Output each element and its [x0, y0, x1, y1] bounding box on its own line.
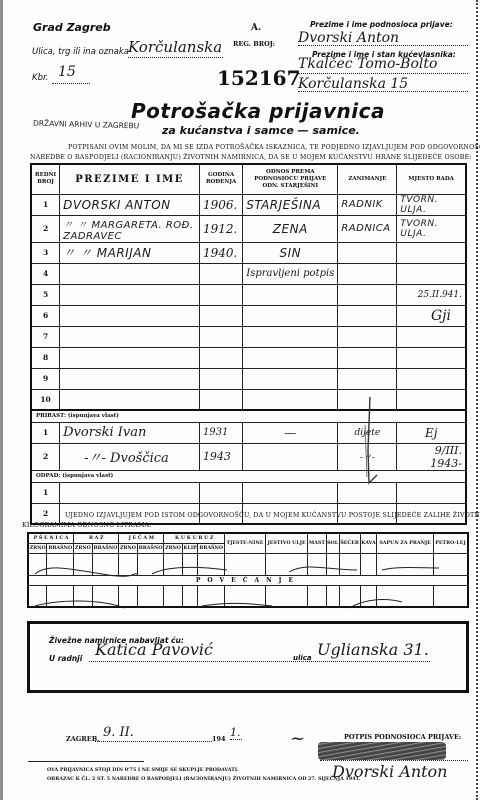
- city-label: Grad Zagreb: [33, 21, 111, 34]
- row-number: 2: [31, 215, 60, 242]
- birth-year-cell[interactable]: [199, 347, 242, 368]
- supplies-intro-line2: KILOGRAMIMA ODNOSNO LITRAMA:: [22, 522, 152, 529]
- birth-year-cell[interactable]: 1940.: [199, 242, 242, 263]
- shop-label: U radnji: [49, 654, 82, 663]
- owner-field[interactable]: Tkalčec Tomo-Bolto: [298, 56, 468, 74]
- row-number: 7: [31, 326, 60, 347]
- occupation-cell[interactable]: [338, 284, 397, 305]
- persons-table: REDNI BROJ PREZIME I IME GODINA ROĐENJA …: [30, 163, 467, 525]
- applicant-label: Prezime i ime podnosioca prijave:: [310, 20, 453, 29]
- scan-edge-left: [0, 0, 3, 800]
- person-name-cell[interactable]: [60, 263, 200, 284]
- correction-initials[interactable]: Gji: [397, 305, 466, 326]
- correction-stroke: [355, 395, 385, 495]
- table-row: 2 -〃- Dvoščica 1943 -〃- 9/III. 1943-: [31, 443, 466, 470]
- col-header-workplace: MJESTO RADA: [397, 164, 466, 194]
- shop-street-field[interactable]: Uglianska 31.: [313, 640, 430, 662]
- row-number: 2: [31, 503, 60, 524]
- house-number-label: Kbr.: [32, 73, 48, 83]
- odpad-section-row: ODPAD: (ispunjava vlast): [31, 470, 466, 482]
- house-number-field[interactable]: 15: [52, 64, 90, 84]
- footer-divider: [28, 761, 144, 762]
- birth-year-cell[interactable]: [199, 284, 242, 305]
- authority-initials[interactable]: Ej: [397, 422, 466, 443]
- table-row: 1 Dvorski Ivan 1931 — dijete Ej: [31, 422, 466, 443]
- person-name-cell[interactable]: [60, 284, 200, 305]
- correction-date[interactable]: 25.II.941.: [397, 284, 466, 305]
- birth-year-cell[interactable]: 1931: [199, 422, 242, 443]
- person-name-cell[interactable]: [60, 347, 200, 368]
- signature-label: POTPIS PODNOSIOCA PRIJAVE:: [344, 733, 461, 741]
- row-number: 8: [31, 347, 60, 368]
- table-row: 9: [31, 368, 466, 389]
- row-number: 4: [31, 263, 60, 284]
- intro-text-line1: POTPISANI OVIM MOLIM, DA MI SE IZDA POTR…: [68, 144, 480, 151]
- relation-cell[interactable]: [243, 389, 338, 410]
- authority-date[interactable]: 9/III. 1943-: [397, 443, 466, 470]
- supplies-intro-line1: UJEDNO IZJAVLJUJEM POD ISTOM ODGOVORNOŠĆ…: [65, 512, 480, 519]
- row-number: 9: [31, 368, 60, 389]
- form-reference-note: OBRAZAC K ČL. 2 ST. 5 NAREDBE O RASPODJE…: [47, 776, 361, 782]
- birth-year-cell[interactable]: [199, 326, 242, 347]
- prirast-section-row: PRIRAST: (ispunjava vlast): [31, 410, 466, 422]
- workplace-cell[interactable]: TVORN. ULJA.: [397, 215, 466, 242]
- person-name-cell[interactable]: [60, 482, 200, 503]
- table-row: 2 〃 〃 MARGARETA. ROĐ. ZADRAVEC 1912. ZEN…: [31, 215, 466, 242]
- table-row: 10: [31, 389, 466, 410]
- relation-cell[interactable]: [243, 284, 338, 305]
- year-prefix: 194: [212, 735, 226, 743]
- person-name-cell[interactable]: [60, 305, 200, 326]
- intro-text-line2: NAREDBE O RASPODJELI (RACIONIRANJU) ŽIVO…: [30, 154, 472, 161]
- relation-cell[interactable]: [243, 326, 338, 347]
- odpad-label: ODPAD: (ispunjava vlast): [31, 470, 466, 482]
- table-row: 3 〃 〃 MARIJAN 1940. SIN: [31, 242, 466, 263]
- page-title: Potrošačka prijavnica: [131, 99, 385, 123]
- col-header-year: GODINA ROĐENJA: [199, 164, 242, 194]
- row-number: 3: [31, 242, 60, 263]
- birth-year-cell[interactable]: [199, 368, 242, 389]
- birth-year-cell[interactable]: 1912.: [199, 215, 242, 242]
- workplace-cell[interactable]: [397, 482, 466, 503]
- birth-year-cell[interactable]: 1943: [199, 443, 242, 470]
- birth-year-cell[interactable]: [199, 305, 242, 326]
- occupation-cell[interactable]: [338, 368, 397, 389]
- person-name-cell[interactable]: [60, 389, 200, 410]
- table-row: 6 Gji: [31, 305, 466, 326]
- occupation-cell[interactable]: RADNICA: [338, 215, 397, 242]
- table-row: 4 Ispravljeni potpis: [31, 263, 466, 284]
- workplace-cell[interactable]: [397, 389, 466, 410]
- relation-cell[interactable]: [243, 347, 338, 368]
- birth-year-cell[interactable]: 1906.: [199, 194, 242, 215]
- person-name-cell[interactable]: -〃- Dvoščica: [60, 443, 200, 470]
- table-row: 1 DVORSKI ANTON 1906. STARJEŠINA RADNIK …: [31, 194, 466, 215]
- col-header-no: REDNI BROJ: [31, 164, 60, 194]
- person-name-cell[interactable]: DVORSKI ANTON: [60, 194, 200, 215]
- prirast-label: PRIRAST: (ispunjava vlast): [31, 410, 466, 422]
- occupation-cell[interactable]: [338, 347, 397, 368]
- series-letter: A.: [251, 23, 261, 33]
- date-field[interactable]: 9. II.: [95, 725, 212, 742]
- col-header-relation: ODNOS PREMA PODNOSIOCU PRIJAVE ODN. STAR…: [243, 164, 338, 194]
- street-field[interactable]: Korčulanska: [128, 38, 223, 58]
- archive-stamp: DRŽAVNI ARHIV U ZAGREBU: [33, 119, 139, 131]
- occupation-cell[interactable]: [338, 305, 397, 326]
- person-name-cell[interactable]: [60, 326, 200, 347]
- birth-year-cell[interactable]: [199, 389, 242, 410]
- correction-note[interactable]: Ispravljeni potpis: [243, 263, 338, 284]
- row-number: 10: [31, 389, 60, 410]
- relation-cell[interactable]: ZENA: [243, 215, 338, 242]
- workplace-cell[interactable]: [397, 368, 466, 389]
- crossed-out-signature: [318, 742, 446, 760]
- relation-cell[interactable]: [243, 305, 338, 326]
- relation-cell[interactable]: [243, 368, 338, 389]
- person-name-cell[interactable]: 〃 〃 MARIJAN: [60, 242, 200, 263]
- workplace-cell[interactable]: TVORN. ULJA.: [397, 194, 466, 215]
- signature-line: [320, 760, 468, 761]
- shop-field[interactable]: Katica Pavović: [89, 640, 314, 662]
- shop-street-label: ulica: [293, 654, 312, 662]
- page-subtitle: za kućanstva i samce — samice.: [162, 124, 360, 137]
- relation-cell[interactable]: SIN: [243, 242, 338, 263]
- relation-cell[interactable]: [243, 482, 338, 503]
- birth-year-cell[interactable]: [199, 482, 242, 503]
- row-number: 1: [31, 422, 60, 443]
- workplace-cell[interactable]: [397, 326, 466, 347]
- col-header-occupation: ZANIMANJE: [338, 164, 397, 194]
- workplace-cell[interactable]: [397, 242, 466, 263]
- occupation-cell[interactable]: [338, 242, 397, 263]
- person-name-cell[interactable]: [60, 368, 200, 389]
- table-row: 7: [31, 326, 466, 347]
- owner-address-field[interactable]: Korčulanska 15: [298, 76, 468, 92]
- row-number: 2: [31, 443, 60, 470]
- birth-year-cell[interactable]: [199, 263, 242, 284]
- row-number: 1: [31, 194, 60, 215]
- table-header-row: REDNI BROJ PREZIME I IME GODINA ROĐENJA …: [31, 164, 466, 194]
- reg-number-label: REG. BROJ:: [233, 40, 275, 48]
- table-row: 8: [31, 347, 466, 368]
- perforation-right: [476, 0, 478, 800]
- occupation-cell[interactable]: RADNIK: [338, 194, 397, 215]
- year-field[interactable]: 1.: [230, 726, 242, 740]
- workplace-cell[interactable]: [397, 263, 466, 284]
- person-name-cell[interactable]: Dvorski Ivan: [60, 422, 200, 443]
- row-number: 1: [31, 482, 60, 503]
- relation-cell[interactable]: [243, 443, 338, 470]
- table-row: 1: [31, 482, 466, 503]
- table-row: 5 25.II.941.: [31, 284, 466, 305]
- person-name-cell[interactable]: 〃 〃 MARGARETA. ROĐ. ZADRAVEC: [60, 215, 200, 242]
- row-number: 5: [31, 284, 60, 305]
- row-number: 6: [31, 305, 60, 326]
- occupation-cell[interactable]: [338, 326, 397, 347]
- reg-number: 152167: [217, 66, 301, 90]
- tilde-mark: ~: [290, 728, 305, 749]
- strike-lines: [27, 532, 469, 617]
- workplace-cell[interactable]: [397, 347, 466, 368]
- price-note: OVA PRIJAVNICA STOJI DIN 0'75 I NE SMIJE…: [47, 767, 239, 773]
- applicant-field[interactable]: Dvorski Anton: [298, 30, 468, 46]
- street-label: Ulica, trg ili ina oznaka: [32, 47, 129, 57]
- relation-cell[interactable]: —: [243, 422, 338, 443]
- col-header-name: PREZIME I IME: [60, 164, 200, 194]
- relation-cell[interactable]: STARJEŠINA: [243, 194, 338, 215]
- occupation-cell[interactable]: [338, 263, 397, 284]
